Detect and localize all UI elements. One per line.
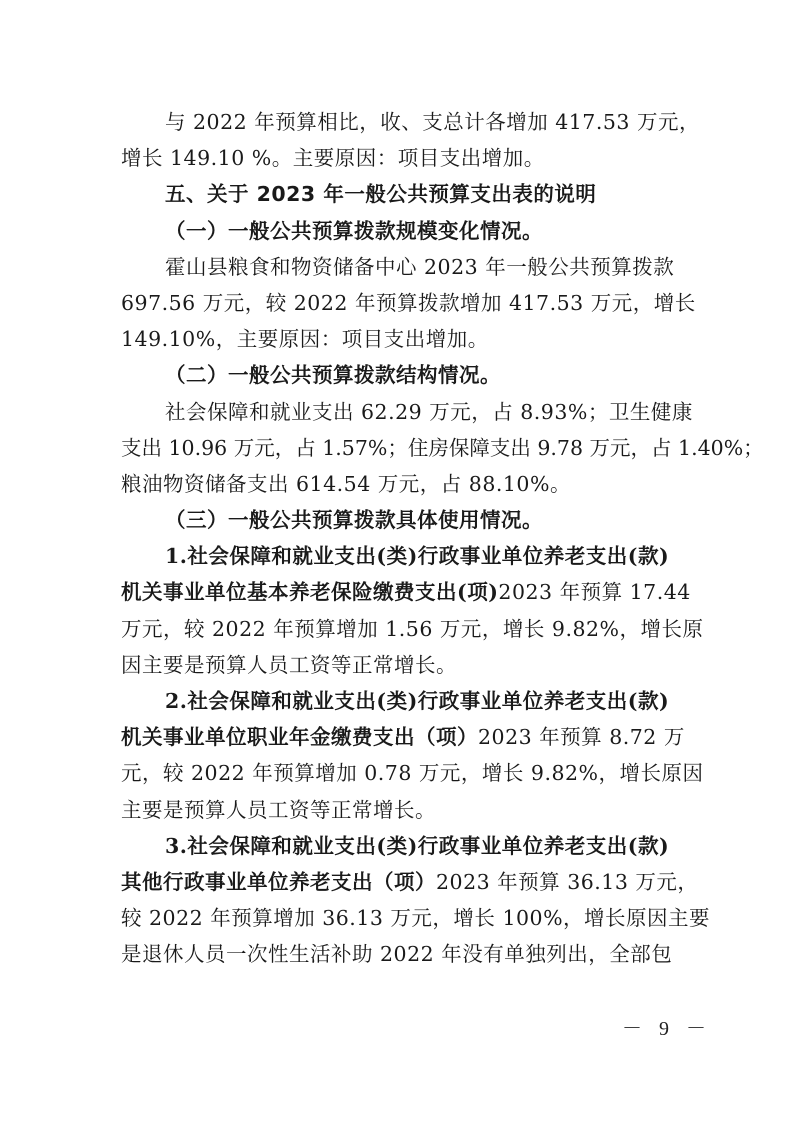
text-line: 元，较 2022 年预算增加 0.78 万元，增长 9.82%，增长原因	[121, 755, 665, 791]
item-heading-line: 3.社会保障和就业支出(类)行政事业单位养老支出(款)	[121, 828, 665, 864]
text-line: 较 2022 年预算增加 36.13 万元，增长 100%，增长原因主要	[121, 900, 665, 936]
subsection-title: （一）一般公共预算拨款规模变化情况。	[121, 213, 665, 249]
text-line: 机关事业单位基本养老保险缴费支出(项)2023 年预算 17.44	[121, 574, 665, 610]
text-line: 支出 10.96 万元，占 1.57%；住房保障支出 9.78 万元，占 1.4…	[121, 430, 665, 466]
item-budget-text: 2023 年预算 8.72 万	[478, 725, 685, 749]
budget-item-2: 2.社会保障和就业支出(类)行政事业单位养老支出(款) 机关事业单位职业年金缴费…	[121, 683, 665, 828]
section-title: 五、关于 2023 年一般公共预算支出表的说明	[121, 176, 665, 212]
budget-item-1: 1.社会保障和就业支出(类)行政事业单位养老支出(款) 机关事业单位基本养老保险…	[121, 538, 665, 683]
text-line: 其他行政事业单位养老支出（项）2023 年预算 36.13 万元，	[121, 864, 665, 900]
text-line: 697.56 万元，较 2022 年预算拨款增加 417.53 万元，增长	[121, 285, 665, 321]
text-line: 与 2022 年预算相比，收、支总计各增加 417.53 万元，	[121, 104, 665, 140]
budget-item-3: 3.社会保障和就业支出(类)行政事业单位养老支出(款) 其他行政事业单位养老支出…	[121, 828, 665, 973]
text-line: 霍山县粮食和物资储备中心 2023 年一般公共预算拨款	[121, 249, 665, 285]
text-line: 粮油物资储备支出 614.54 万元，占 88.10%。	[121, 466, 665, 502]
item-heading-tail: 机关事业单位职业年金缴费支出（项）	[121, 725, 478, 749]
item-heading-tail: 其他行政事业单位养老支出（项）	[121, 870, 436, 894]
item-budget-text: 2023 年预算 17.44	[498, 580, 690, 604]
item-heading-line: 2.社会保障和就业支出(类)行政事业单位养老支出(款)	[121, 683, 665, 719]
text-line: 社会保障和就业支出 62.29 万元，占 8.93%；卫生健康	[121, 394, 665, 430]
item-budget-text: 2023 年预算 36.13 万元，	[436, 870, 698, 894]
item-heading-line: 1.社会保障和就业支出(类)行政事业单位养老支出(款)	[121, 538, 665, 574]
document-page: 与 2022 年预算相比，收、支总计各增加 417.53 万元， 增长 149.…	[121, 104, 665, 973]
paragraph-scale-change: 霍山县粮食和物资储备中心 2023 年一般公共预算拨款 697.56 万元，较 …	[121, 249, 665, 358]
page-number: － 9 －	[622, 1012, 712, 1041]
text-line: 主要是预算人员工资等正常增长。	[121, 792, 665, 828]
subsection-title: （三）一般公共预算拨款具体使用情况。	[121, 502, 665, 538]
text-line: 万元，较 2022 年预算增加 1.56 万元，增长 9.82%，增长原	[121, 611, 665, 647]
subsection-title: （二）一般公共预算拨款结构情况。	[121, 357, 665, 393]
paragraph-structure: 社会保障和就业支出 62.29 万元，占 8.93%；卫生健康 支出 10.96…	[121, 394, 665, 503]
text-line: 因主要是预算人员工资等正常增长。	[121, 647, 665, 683]
text-line: 149.10%，主要原因：项目支出增加。	[121, 321, 665, 357]
paragraph-summary-change: 与 2022 年预算相比，收、支总计各增加 417.53 万元， 增长 149.…	[121, 104, 665, 176]
text-line: 是退休人员一次性生活补助 2022 年没有单独列出，全部包	[121, 936, 665, 972]
text-line: 增长 149.10 %。主要原因：项目支出增加。	[121, 140, 665, 176]
item-heading-tail: 机关事业单位基本养老保险缴费支出(项)	[121, 580, 498, 604]
text-line: 机关事业单位职业年金缴费支出（项）2023 年预算 8.72 万	[121, 719, 665, 755]
